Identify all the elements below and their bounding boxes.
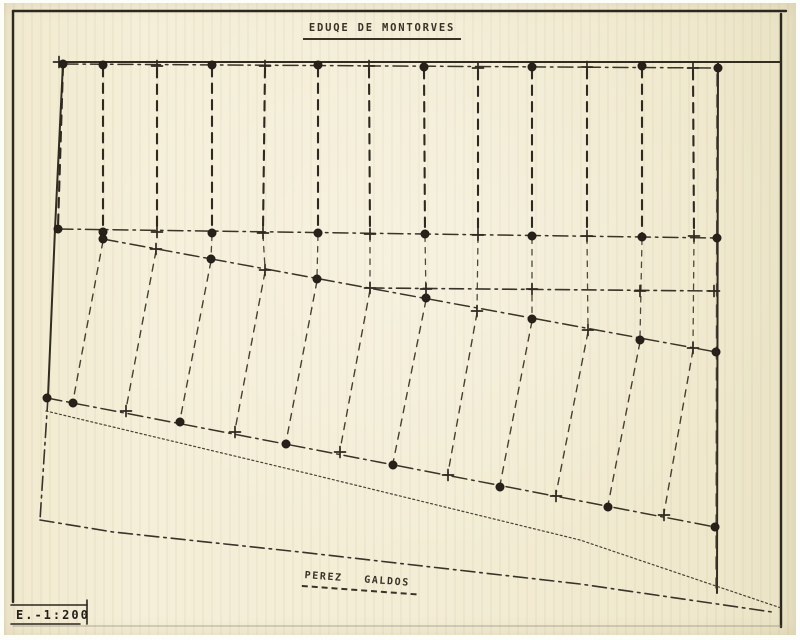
survey-dot: [99, 61, 107, 69]
survey-dot: [638, 233, 646, 241]
grid-vertical-upper: [424, 69, 425, 232]
grid-vertical-wedge: [587, 238, 588, 328]
plan-drawing: [0, 0, 800, 640]
survey-cross: [582, 62, 593, 73]
survey-cross: [689, 231, 700, 242]
survey-dot: [528, 63, 536, 71]
survey-dot: [389, 461, 397, 469]
survey-dot: [714, 64, 722, 72]
survey-dot: [528, 232, 536, 240]
survey-dot: [496, 483, 504, 491]
row-4-line: [47, 398, 715, 527]
grid-vertical-lower: [286, 281, 317, 442]
grid-vertical-upper: [263, 68, 265, 231]
survey-dot: [208, 229, 216, 237]
scanned-plan-page: EDUQE DE MONTORVES PEREZ GALDOS E.-1:200: [0, 0, 800, 640]
bottom-boundary: [40, 520, 772, 612]
survey-dot: [421, 230, 429, 238]
survey-dot: [713, 234, 721, 242]
survey-dot: [54, 225, 62, 233]
grid-vertical-lower: [393, 300, 426, 463]
grid-vertical-wedge: [263, 235, 265, 268]
survey-dot: [207, 255, 215, 263]
survey-dot: [176, 418, 184, 426]
survey-dot: [638, 62, 646, 70]
grid-vertical-lower: [664, 350, 693, 513]
grid-vertical-lower: [126, 251, 156, 409]
survey-cross: [551, 491, 562, 502]
left-boundary-lower: [40, 397, 48, 520]
survey-cross: [121, 406, 132, 417]
street-name-top: EDUQE DE MONTORVES: [303, 22, 461, 40]
survey-cross: [473, 230, 484, 241]
survey-dot: [636, 336, 644, 344]
survey-dot: [282, 440, 290, 448]
survey-cross: [635, 286, 646, 297]
grid-vertical-lower: [556, 332, 588, 494]
survey-cross: [473, 63, 484, 74]
survey-cross: [688, 343, 699, 354]
grid-vertical-lower: [448, 313, 477, 473]
survey-cross: [659, 510, 670, 521]
survey-dot: [314, 61, 322, 69]
survey-dot: [711, 523, 719, 531]
survey-dot: [69, 399, 77, 407]
row-3-line: [103, 239, 716, 352]
survey-dot: [43, 394, 51, 402]
survey-cross: [443, 470, 454, 481]
grid-vertical-wedge: [477, 237, 478, 309]
survey-cross: [472, 306, 483, 317]
grid-vertical-upper: [369, 68, 370, 232]
grid-vertical-wedge: [317, 235, 318, 277]
grid-vertical-upper: [693, 70, 694, 234]
scale-annotation: E.-1:200: [16, 608, 90, 622]
survey-dot: [420, 63, 428, 71]
survey-dot: [528, 315, 536, 323]
survey-cross: [583, 325, 594, 336]
survey-cross: [365, 229, 376, 240]
grid-vertical-lower: [340, 290, 370, 450]
survey-cross: [152, 227, 163, 238]
survey-dot: [712, 348, 720, 356]
grid-vertical-lower: [608, 342, 640, 505]
survey-cross: [230, 427, 241, 438]
survey-cross: [260, 265, 271, 276]
grid-vertical-wedge: [693, 238, 694, 346]
survey-dot: [99, 235, 107, 243]
survey-dot: [313, 275, 321, 283]
grid-vertical-lower: [180, 261, 211, 420]
survey-dot: [208, 61, 216, 69]
survey-cross: [527, 284, 538, 295]
survey-dot: [604, 503, 612, 511]
survey-dot: [59, 60, 67, 68]
survey-dot: [314, 229, 322, 237]
survey-cross: [688, 63, 699, 74]
grid-vertical-lower: [500, 321, 532, 485]
survey-cross: [421, 284, 432, 295]
grid-vertical-lower: [235, 272, 265, 430]
grid-vertical-wedge: [211, 235, 212, 257]
grid-vertical-lower: [73, 241, 103, 401]
survey-cross: [258, 228, 269, 239]
survey-cross: [582, 231, 593, 242]
survey-cross: [151, 244, 162, 255]
